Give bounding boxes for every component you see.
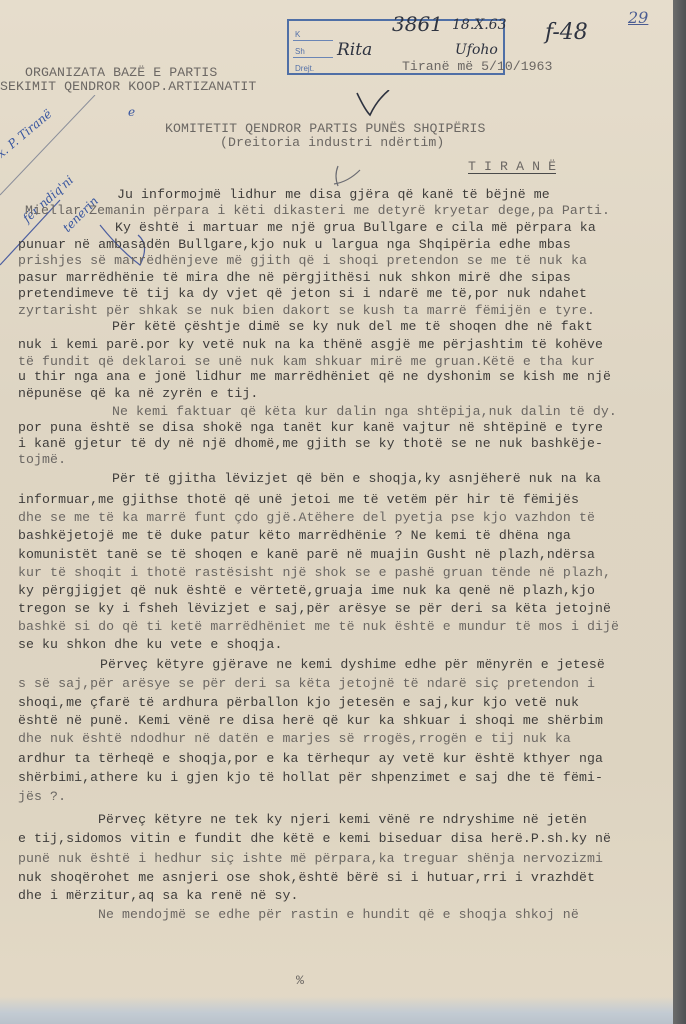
stamp-label: Sh — [295, 47, 305, 56]
body-line: tojmë. — [18, 453, 66, 466]
stamp-label: K — [295, 30, 300, 39]
body-line: punuar në ambasadën Bullgare,kjo nuk u l… — [18, 238, 571, 251]
body-line: i kanë gjetur të dy në një dhomë,me gjit… — [18, 437, 603, 450]
body-line: se ku shkon dhe ku vete e shoqja. — [18, 638, 282, 651]
stamp-name: Rita — [337, 40, 372, 60]
body-line: zyrtarisht për shkak se nuk bien dakort … — [18, 304, 595, 317]
body-line: ky përgjigjet që nuk është e vërtetë,gru… — [18, 584, 595, 597]
page-number: 29 — [628, 8, 648, 27]
body-line: dhe nuk është ndodhur në datën e marjes … — [18, 732, 571, 745]
stamp-number: 3861 — [392, 12, 443, 36]
body-line: Ju informojmë lidhur me disa gjëra që ka… — [117, 188, 550, 201]
body-line: komunistët tanë se të shoqen e kanë parë… — [18, 548, 595, 561]
body-line: bashkë si do që ti ketë marrëdhëniet me … — [18, 620, 619, 633]
body-line: Miellar Zemanin përpara i këti dikasteri… — [25, 204, 610, 217]
stamp-signature: Ufoho — [455, 42, 498, 58]
city-heading: T I R A N Ë — [468, 160, 556, 174]
body-line: u thir nga ana e jonë lidhur me marrëdhë… — [18, 370, 611, 383]
stamp-row: Drejt. — [293, 57, 333, 74]
body-line: shoqi,me çfarë të ardhura përballon kjo … — [18, 696, 579, 709]
body-line: nëpunëse që ka në zyrën e tij. — [18, 387, 258, 400]
body-line: tregon se ky i fsheh lëvizjet e saj,për … — [18, 602, 611, 615]
body-line: ardhur ta tërheqë e shoqja,por e ka tërh… — [18, 752, 603, 765]
stamp-label: Drejt. — [295, 64, 314, 73]
body-line: Përveç këtyre ne tek ky njeri kemi vënë … — [98, 813, 587, 826]
body-line: bashkëjetojë me të duke patur këto marrë… — [18, 529, 571, 542]
place-date: Tiranë më 5/10/1963 — [402, 60, 552, 73]
body-line: punë nuk është i hedhur siç ishte më për… — [18, 852, 603, 865]
body-line: s së saj,për arësye se për deri sa këta … — [18, 677, 595, 690]
body-line: prishjes së marrëdhënjeve më gjith që i … — [18, 254, 587, 267]
body-line: është në punë. Kemi vënë re disa herë që… — [18, 714, 603, 727]
body-line: Ky është i martuar me një grua Bullgare … — [115, 221, 596, 234]
body-line: shërbimi,athere ku i gjen kjo të hollat … — [18, 771, 603, 784]
body-line: dhe se me të ka marrë funt çdo gjë.Atëhe… — [18, 511, 595, 524]
body-line: kur të shoqit i thotë rastësisht një sho… — [18, 566, 611, 579]
check-mark-icon — [355, 90, 395, 120]
body-line: Përveç këtyre gjërave ne kemi dyshime ed… — [100, 658, 605, 671]
body-line: nuk i kemi parë.por ky vetë nuk na ka th… — [18, 338, 603, 351]
body-line: pasur marrëdhënie të mira dhe në përgjit… — [18, 271, 571, 284]
footer-mark: % — [296, 974, 304, 987]
body-line: pretendimeve të tij ka dy vjet që jeton … — [18, 287, 587, 300]
body-line: jës ?. — [18, 790, 66, 803]
body-line: dhe i mërzitur,aq sa ka renë në sy. — [18, 889, 298, 902]
stamp-row: K — [293, 23, 333, 41]
body-line: e tij,sidomos vitin e fundit dhe këtë e … — [18, 832, 611, 845]
body-line: informuar,me gjithse thotë që unë jetoi … — [18, 493, 579, 506]
body-line: por puna është se disa shokë nga tanët k… — [18, 421, 603, 434]
sender-line-1: ORGANIZATA BAZË E PARTIS — [25, 66, 217, 79]
file-mark: f-48 — [545, 20, 588, 45]
body-line: nuk shoqërohet me asnjeri ose shok,është… — [18, 871, 595, 884]
stamp-row: Sh — [293, 40, 333, 58]
stamp-date: 18.X.63 — [452, 17, 507, 33]
sender-line-2: SEKIMIT QENDROR KOOP.ARTIZANATIT — [0, 80, 256, 93]
body-line: të fundit që deklaroi se unë nuk kam shk… — [18, 355, 595, 368]
recipient-line-2: (Dreitoria industri ndërtim) — [220, 136, 444, 149]
body-line: Ne kemi faktuar që këta kur dalin nga sh… — [112, 405, 617, 418]
body-line: Për të gjitha lëvizjet që bën e shoqja,k… — [112, 472, 601, 485]
recipient-line-1: KOMITETIT QENDROR PARTIS PUNËS SHQIPËRIS — [165, 122, 486, 135]
page-edge-shadow — [673, 0, 686, 1024]
body-line: Për këtë çështje dimë se ky nuk del me t… — [112, 320, 593, 333]
document-page: K Sh Drejt. 3861 18.X.63 Rita Ufoho f-48… — [0, 0, 673, 1024]
body-line: Ne mendojmë se edhe për rastin e hundit … — [98, 908, 579, 921]
